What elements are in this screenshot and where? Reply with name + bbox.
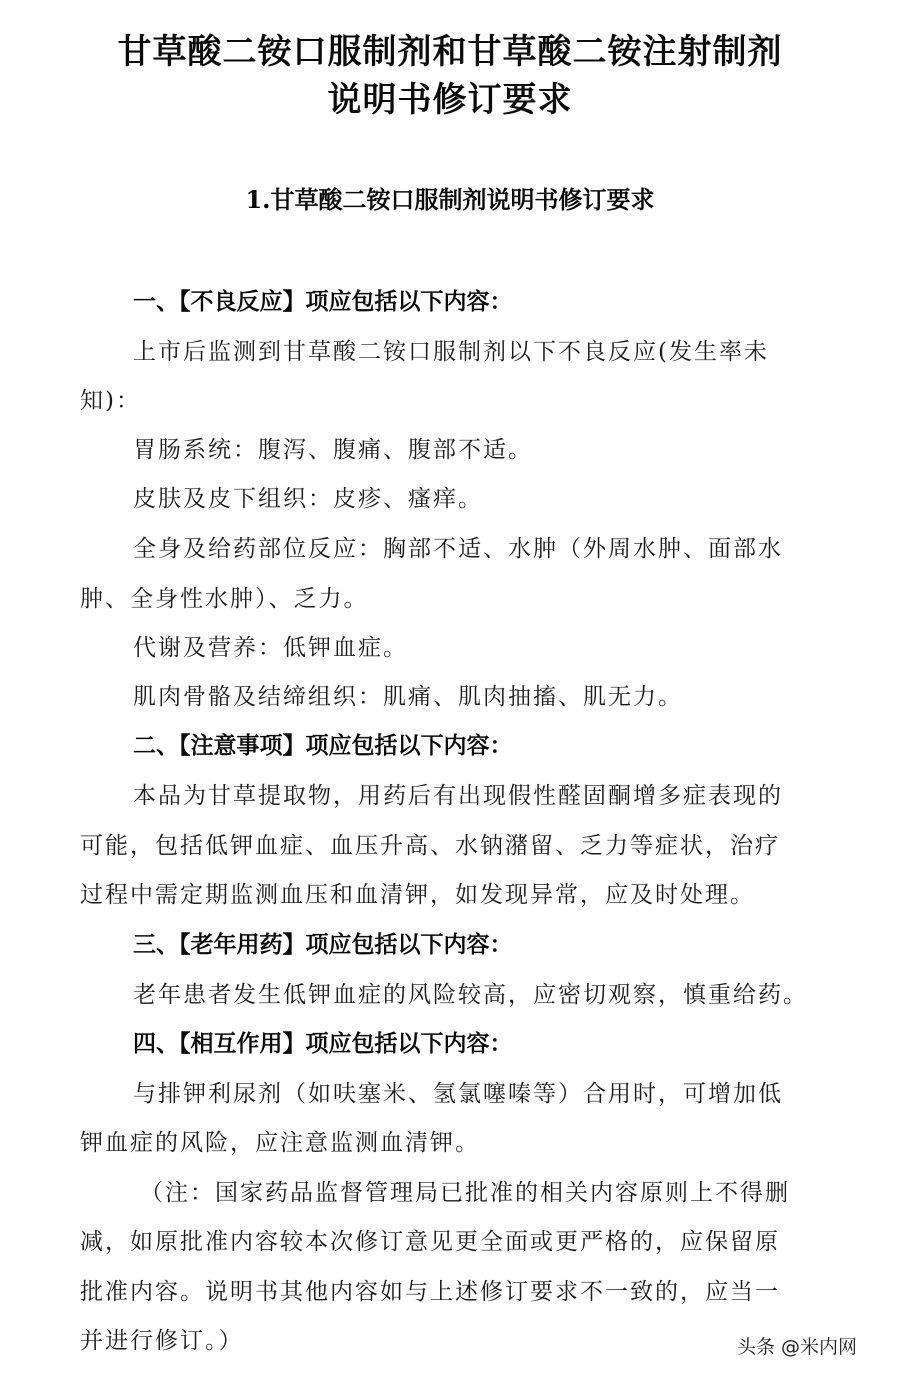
section-heading-precautions: 二、【注意事项】项应包括以下内容：	[133, 727, 513, 760]
paragraph-line: 与排钾利尿剂（如呋塞米、氢氯噻嗪等）合用时，可增加低	[133, 1075, 878, 1108]
paragraph-line: 老年患者发生低钾血症的风险较高，应密切观察，慎重给药。	[133, 976, 878, 1009]
note-line: （注：国家药品监督管理局已批准的相关内容原则上不得删	[140, 1174, 885, 1207]
paragraph-line: 胃肠系统：腹泻、腹痛、腹部不适。	[133, 431, 878, 464]
note-line: 减，如原批准内容较本次修订意见更全面或更严格的，应保留原	[80, 1223, 825, 1256]
paragraph-line: 钾血症的风险，应注意监测血清钾。	[80, 1124, 825, 1157]
paragraph-line: 代谢及营养：低钾血症。	[133, 629, 878, 662]
source-watermark: 头条 @米内网	[737, 1332, 857, 1359]
paragraph-line: 本品为甘草提取物，用药后有出现假性醛固酮增多症表现的	[133, 777, 878, 810]
paragraph-line: 肌肉骨骼及结缔组织：肌痛、肌肉抽搐、肌无力。	[133, 678, 878, 711]
note-line: 批准内容。说明书其他内容如与上述修订要求不一致的，应当一	[80, 1273, 825, 1306]
paragraph-line: 肿、全身性水肿）、乏力。	[80, 580, 825, 613]
paragraph-line: 过程中需定期监测血压和血清钾，如发现异常，应及时处理。	[80, 876, 825, 909]
paragraph-line: 皮肤及皮下组织：皮疹、瘙痒。	[133, 480, 878, 513]
paragraph-line: 全身及给药部位反应：胸部不适、水肿（外周水肿、面部水	[133, 530, 878, 563]
note-line: 并进行修订。）	[80, 1322, 825, 1355]
paragraph-line: 上市后监测到甘草酸二铵口服制剂以下不良反应(发生率未	[133, 333, 878, 366]
section-heading-drug-interactions: 四、【相互作用】项应包括以下内容：	[133, 1025, 513, 1058]
document-title-line-1: 甘草酸二铵口服制剂和甘草酸二铵注射制剂	[0, 24, 900, 73]
paragraph-line: 可能，包括低钾血症、血压升高、水钠潴留、乏力等症状，治疗	[80, 827, 825, 860]
section-heading-elderly-use: 三、【老年用药】项应包括以下内容：	[133, 926, 513, 959]
document-page: 甘草酸二铵口服制剂和甘草酸二铵注射制剂 说明书修订要求 1.甘草酸二铵口服制剂说…	[0, 0, 900, 1377]
document-title-line-2: 说明书修订要求	[0, 72, 900, 121]
section-heading-adverse-reactions: 一、【不良反应】项应包括以下内容：	[133, 283, 513, 316]
section-subtitle: 1.甘草酸二铵口服制剂说明书修订要求	[0, 180, 900, 215]
paragraph-line: 知)：	[80, 382, 825, 415]
